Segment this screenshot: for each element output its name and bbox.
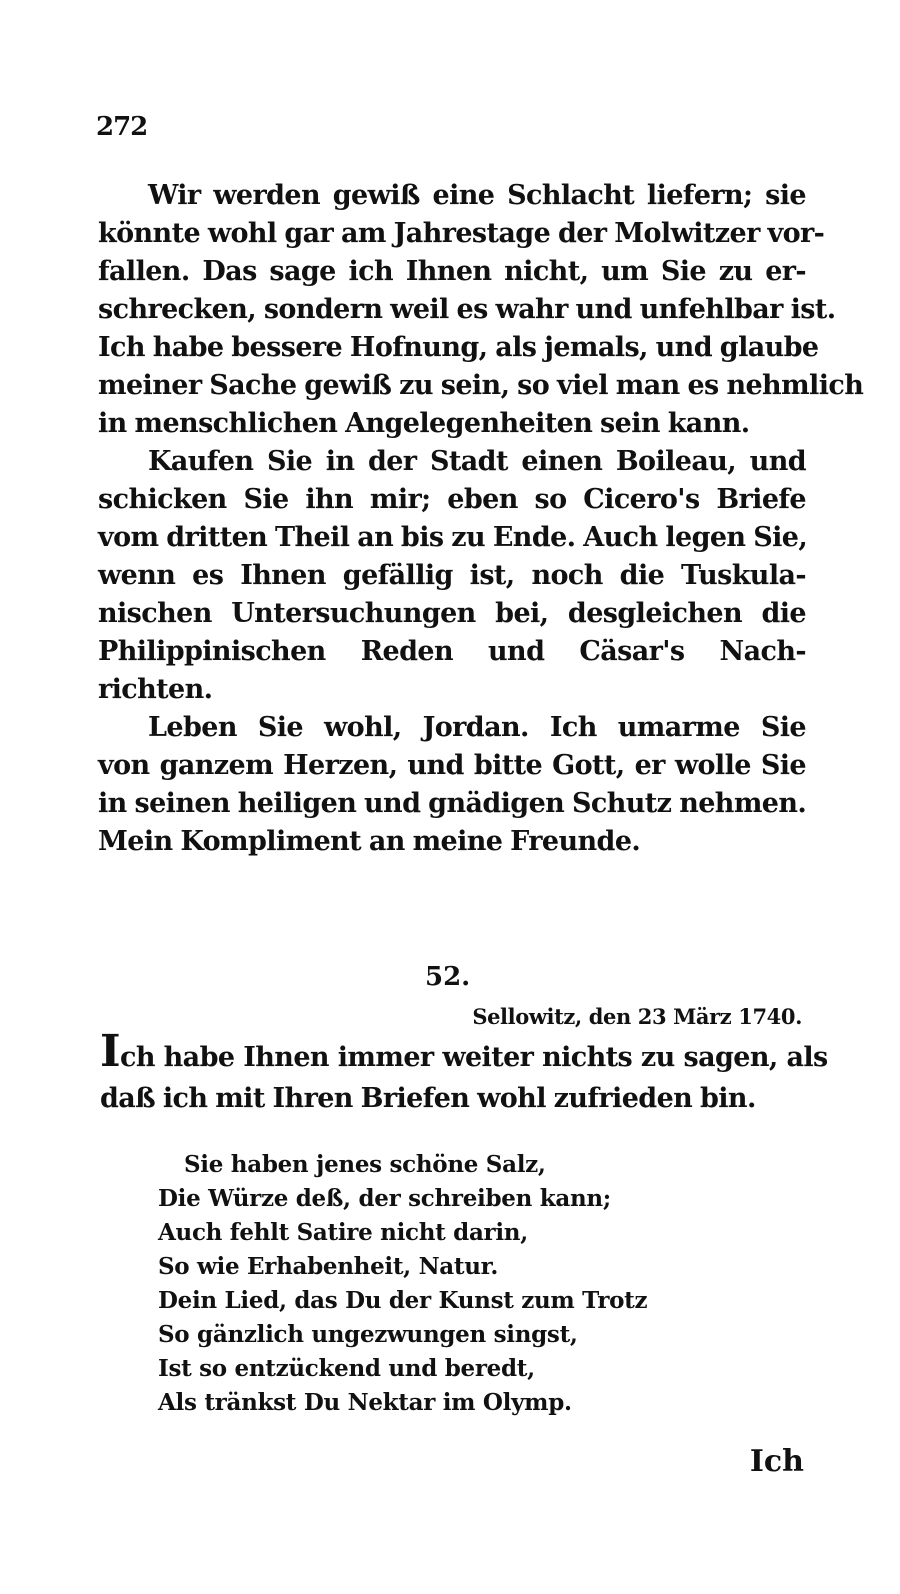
- catchword: Ich: [750, 1444, 804, 1479]
- dateline: Sellowitz, den 23 März 1740.: [472, 1004, 802, 1029]
- letter-51-continuation: Wir werden gewiß eine Schlacht liefern; …: [98, 177, 806, 861]
- text-line: schrecken, sondern weil es wahr und unfe…: [98, 291, 806, 329]
- poem-line: Auch fehlt Satire nicht darin,: [158, 1216, 647, 1250]
- poem-line: Ist so entzückend und beredt,: [158, 1352, 647, 1386]
- poem-line: Als tränkst Du Nektar im Olymp.: [158, 1386, 647, 1420]
- opening-line-text: ch habe Ihnen immer weiter nichts zu sag…: [120, 1042, 828, 1073]
- text-line: meiner Sache gewiß zu sein, so viel man …: [98, 367, 806, 405]
- text-line: vom dritten Theil an bis zu Ende. Auch l…: [98, 519, 806, 557]
- text-line: Ich habe bessere Hofnung, als jemals, un…: [98, 329, 806, 367]
- poem-line: So gänzlich ungezwungen singst,: [158, 1318, 647, 1352]
- text-line: Leben Sie wohl, Jordan. Ich umarme Sie: [98, 709, 806, 747]
- letter-52-body: Ich habe Ihnen immer weiter nichts zu sa…: [100, 1030, 806, 1118]
- poem-line: So wie Erhabenheit, Natur.: [158, 1250, 647, 1284]
- poem-line: Dein Lied, das Du der Kunst zum Trotz: [158, 1284, 647, 1318]
- poem-line: Die Würze deß, der schreiben kann;: [158, 1182, 647, 1216]
- text-line: könnte wohl gar am Jahrestage der Molwit…: [98, 215, 806, 253]
- page-number: 272: [96, 112, 147, 142]
- text-line: schicken Sie ihn mir; eben so Cicero's B…: [98, 481, 806, 519]
- letter-number: 52.: [425, 962, 470, 992]
- text-line: Kaufen Sie in der Stadt einen Boileau, u…: [98, 443, 806, 481]
- text-line: daß ich mit Ihren Briefen wohl zufrieden…: [100, 1080, 806, 1118]
- opening-line: Ich habe Ihnen immer weiter nichts zu sa…: [100, 1030, 806, 1080]
- text-line: in menschlichen Angelegenheiten sein kan…: [98, 405, 806, 443]
- book-page: 272 Wir werden gewiß eine Schlacht liefe…: [0, 0, 900, 1594]
- poem-line: Sie haben jenes schöne Salz,: [158, 1148, 647, 1182]
- text-line: in seinen heiligen und gnädigen Schutz n…: [98, 785, 806, 823]
- text-line: von ganzem Herzen, und bitte Gott, er wo…: [98, 747, 806, 785]
- text-line: richten.: [98, 671, 806, 709]
- text-line: Mein Kompliment an meine Freunde.: [98, 823, 806, 861]
- drop-cap: I: [100, 1026, 120, 1077]
- text-line: fallen. Das sage ich Ihnen nicht, um Sie…: [98, 253, 806, 291]
- poem: Sie haben jenes schöne Salz, Die Würze d…: [158, 1148, 647, 1420]
- text-line: Wir werden gewiß eine Schlacht liefern; …: [98, 177, 806, 215]
- text-line: Philippinischen Reden und Cäsar's Nach-: [98, 633, 806, 671]
- text-line: wenn es Ihnen gefällig ist, noch die Tus…: [98, 557, 806, 595]
- text-line: nischen Untersuchungen bei, desgleichen …: [98, 595, 806, 633]
